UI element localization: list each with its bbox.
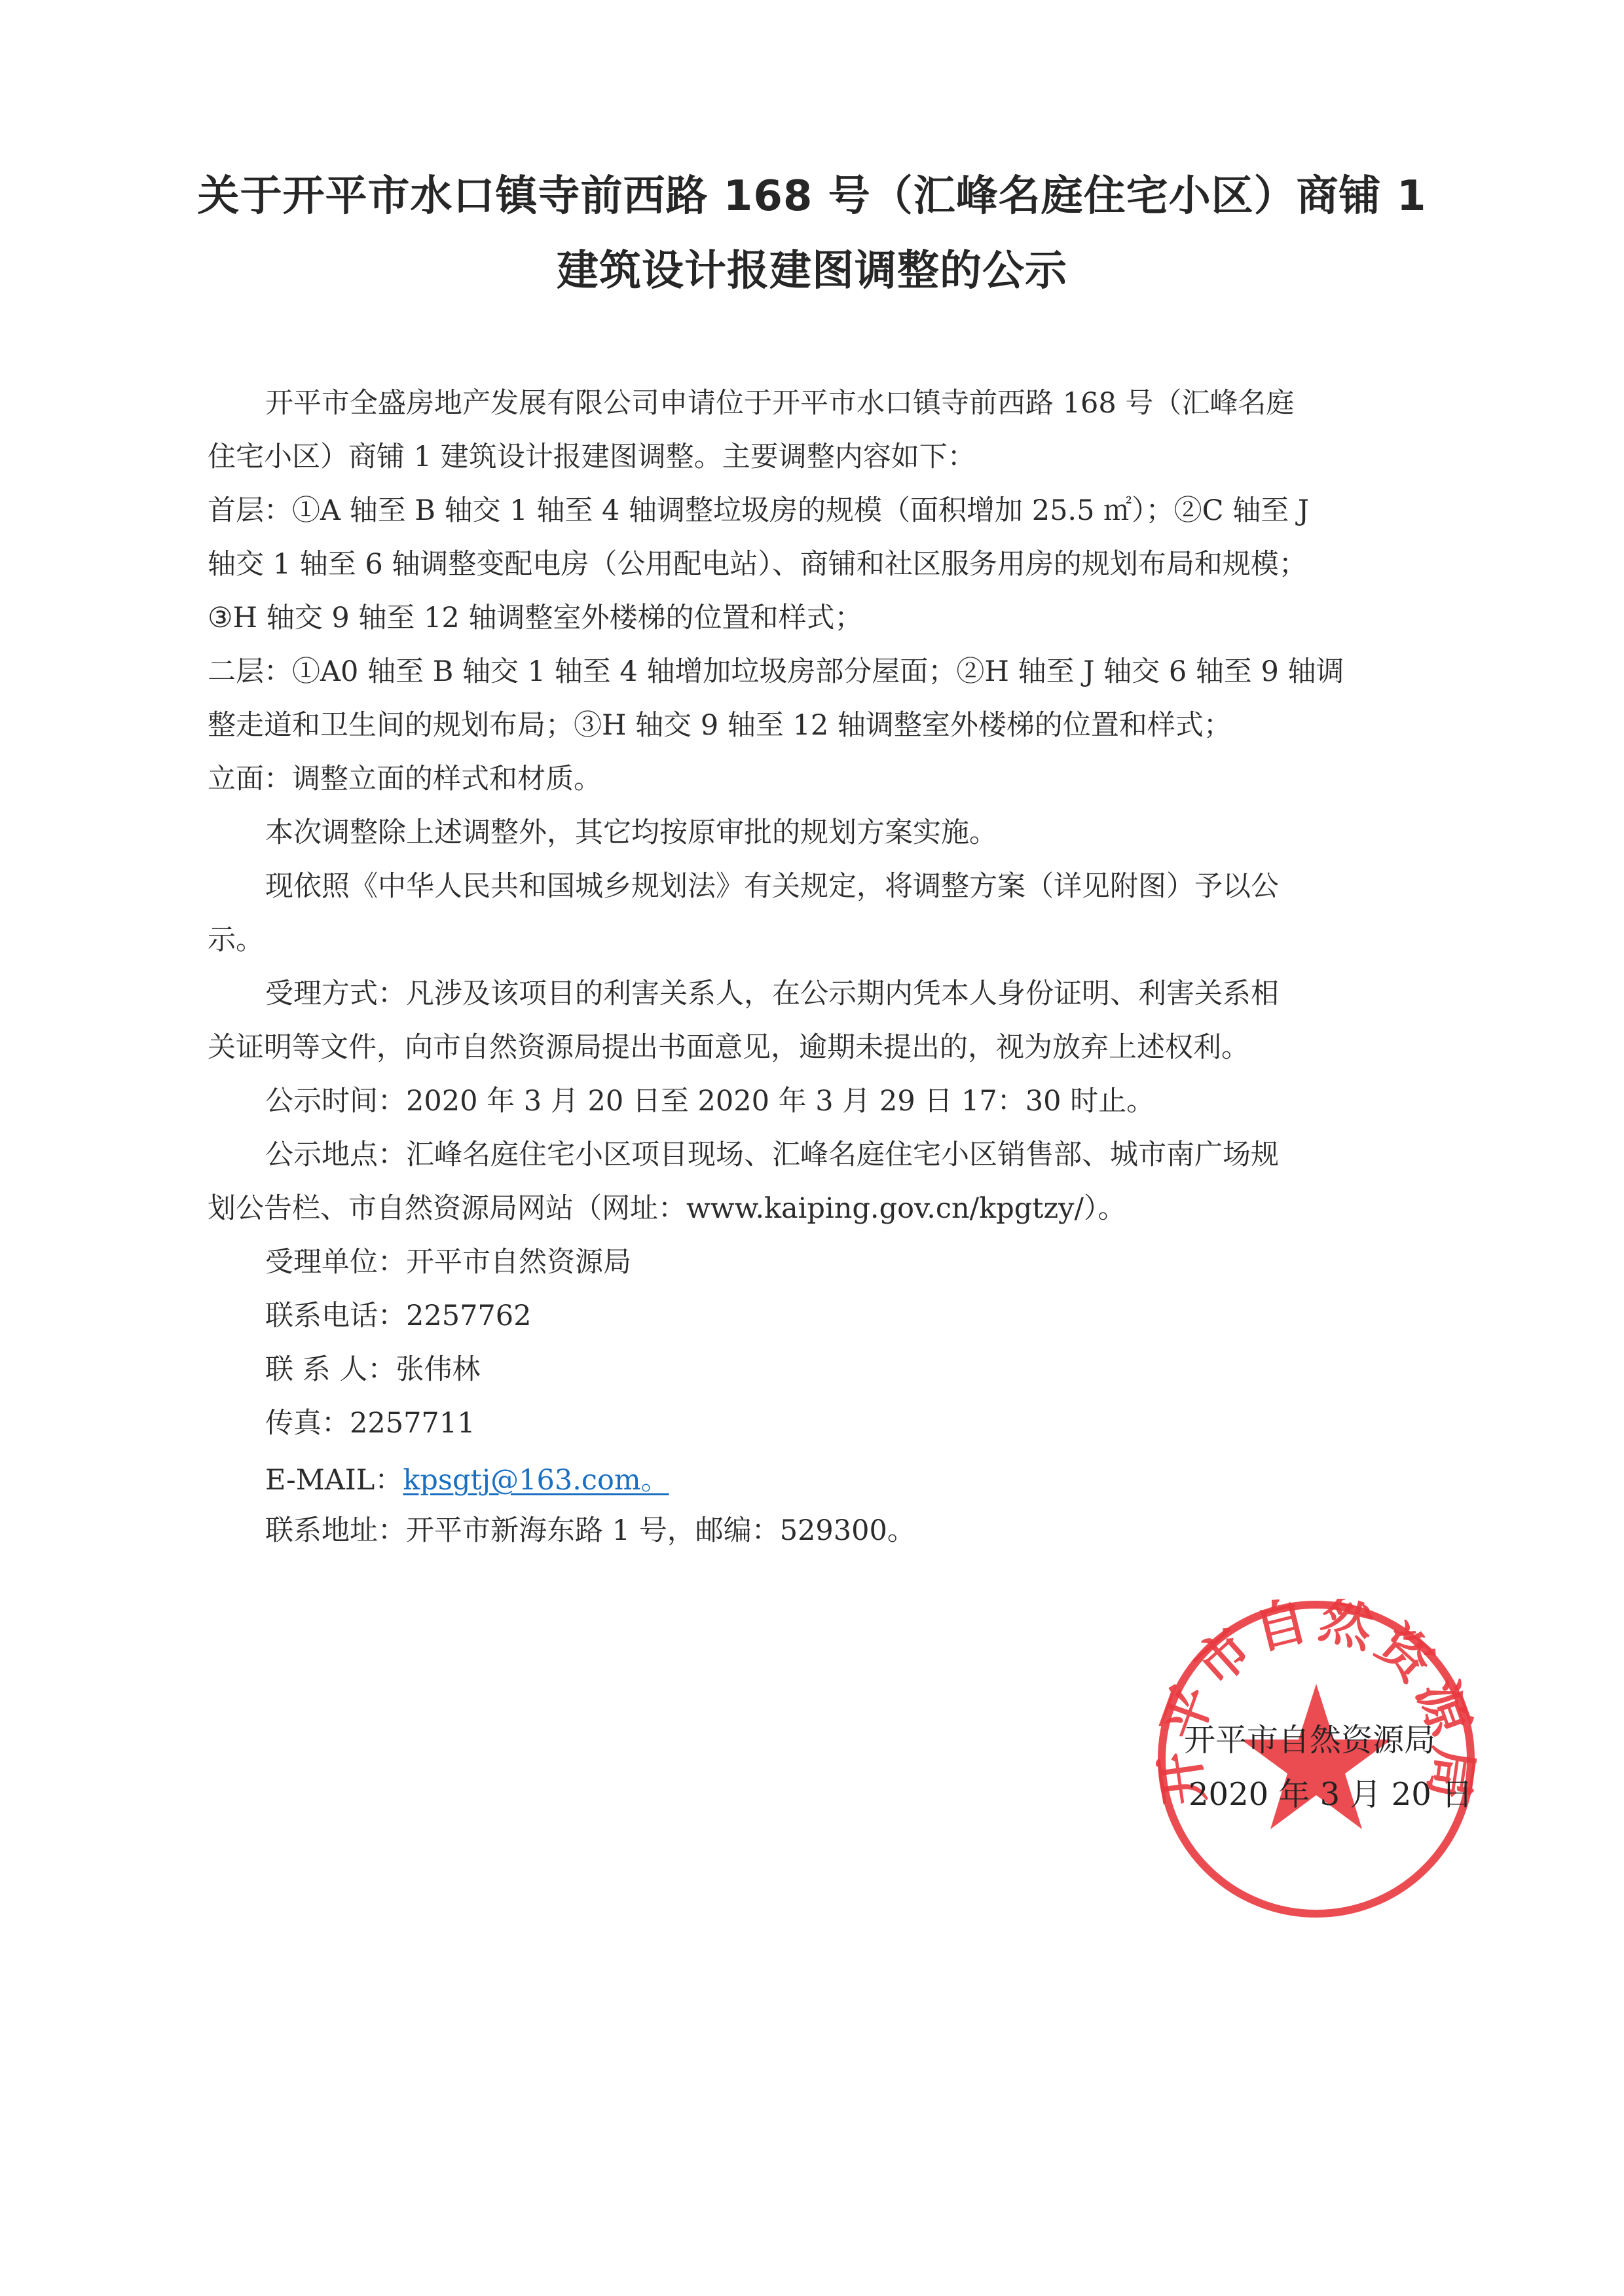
body-line: 联 系 人：张伟林 <box>265 1355 480 1385</box>
body-line: 受理方式：凡涉及该项目的利害关系人，在公示期内凭本人身份证明、利害关系相 <box>265 979 1279 1009</box>
signature-org: 开平市自然资源局 <box>1184 1724 1435 1757</box>
address-line: 联系地址：开平市新海东路 1 号，邮编：529300。 <box>265 1516 915 1546</box>
email-link[interactable]: kpsgtj@163.com。 <box>403 1464 669 1497</box>
body-line: 整走道和卫生间的规划布局；③H 轴交 9 轴至 12 轴调整室外楼梯的位置和样式… <box>208 710 1232 740</box>
signature-date: 2020 年 3 月 20 日 <box>1189 1778 1473 1811</box>
body-line: 立面：调整立面的样式和材质。 <box>208 764 602 794</box>
body-line: 公示地点：汇峰名庭住宅小区项目现场、汇峰名庭住宅小区销售部、城市南广场规 <box>265 1140 1279 1170</box>
body-line: 二层：①A0 轴至 B 轴交 1 轴至 4 轴增加垃圾房部分屋面；②H 轴至 J… <box>208 657 1344 687</box>
body-line: 首层：①A 轴至 B 轴交 1 轴至 4 轴调整垃圾房的规模（面积增加 25.5… <box>208 496 1309 526</box>
body-line: 划公告栏、市自然资源局网站（网址：www.kaiping.gov.cn/kpgt… <box>208 1194 1126 1224</box>
document-title-line-2: 建筑设计报建图调整的公示 <box>0 250 1624 292</box>
body-line: 传真：2257711 <box>265 1408 475 1438</box>
body-line: ③H 轴交 9 轴至 12 轴调整室外楼梯的位置和样式； <box>208 603 862 633</box>
body-line: 公示时间：2020 年 3 月 20 日至 2020 年 3 月 29 日 17… <box>265 1086 1154 1116</box>
email-line: E-MAIL：kpsgtj@163.com。 <box>265 1465 669 1495</box>
email-label: E-MAIL： <box>265 1464 403 1497</box>
body-line: 轴交 1 轴至 6 轴调整变配电房（公用配电站）、商铺和社区服务用房的规划布局和… <box>208 549 1307 579</box>
body-line: 联系电话：2257762 <box>265 1301 532 1331</box>
body-line: 现依照《中华人民共和国城乡规划法》有关规定，将调整方案（详见附图）予以公 <box>265 871 1279 902</box>
body-line: 开平市全盛房地产发展有限公司申请位于开平市水口镇寺前西路 168 号（汇峰名庭 <box>265 388 1294 418</box>
body-line: 受理单位：开平市自然资源局 <box>265 1247 631 1277</box>
body-line: 示。 <box>208 925 264 955</box>
official-seal-stamp: 开平市自然资源局 <box>1156 1599 1477 1920</box>
body-line: 住宅小区）商铺 1 建筑设计报建图调整。主要调整内容如下： <box>208 442 976 472</box>
body-line: 关证明等文件，向市自然资源局提出书面意见，逾期未提出的，视为放弃上述权利。 <box>208 1032 1249 1063</box>
body-line: 本次调整除上述调整外，其它均按原审批的规划方案实施。 <box>265 818 997 848</box>
document-title-line-1: 关于开平市水口镇寺前西路 168 号（汇峰名庭住宅小区）商铺 1 <box>0 175 1624 217</box>
